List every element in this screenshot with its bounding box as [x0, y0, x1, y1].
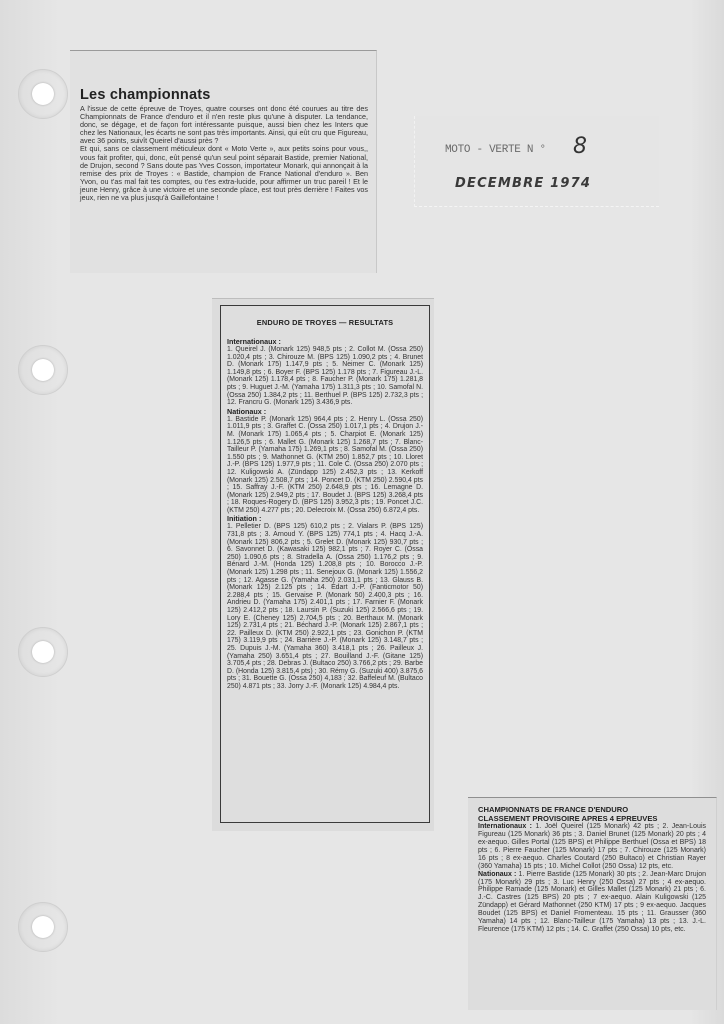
- punch-hole: [18, 345, 68, 395]
- results-clipping: ENDURO DE TROYES — RESULTATS Internation…: [212, 298, 434, 831]
- results-section-label: Initiation :: [227, 514, 429, 523]
- article-clipping: Les championnats A l'issue de cette épre…: [70, 50, 377, 273]
- standings-section-label: Internationaux :: [478, 823, 532, 830]
- punch-hole: [18, 627, 68, 677]
- results-section-text: 1. Pelletier D. (BPS 125) 610,2 pts ; 2.…: [227, 523, 423, 690]
- magazine-label: MOTO - VERTE N °: [445, 144, 546, 156]
- results-section-label: Internationaux :: [227, 337, 429, 346]
- standings-section-text: 1. Joël Queirel (125 Monark) 42 pts ; 2.…: [478, 823, 706, 870]
- issue-number: 8: [573, 134, 587, 159]
- punch-hole: [18, 902, 68, 952]
- results-section-label: Nationaux :: [227, 407, 429, 416]
- issue-stamp: MOTO - VERTE N ° 8 DECEMBRE 1974: [414, 116, 659, 207]
- standings-clipping: CHAMPIONNATS DE FRANCE D'ENDURO CLASSEME…: [468, 797, 717, 1010]
- article-paragraph: Et qui, sans ce classement méticuleux do…: [80, 145, 368, 202]
- standings-section-text: 1. Pierre Bastide (125 Monark) 30 pts ; …: [478, 871, 706, 933]
- standings-section: Internationaux : 1. Joël Queirel (125 Mo…: [478, 823, 706, 870]
- standings-title-line: CLASSEMENT PROVISOIRE APRES 4 EPREUVES: [478, 815, 706, 824]
- article-title: Les championnats: [80, 87, 376, 103]
- results-title: ENDURO DE TROYES — RESULTATS: [221, 318, 429, 327]
- issue-date: DECEMBRE 1974: [455, 176, 591, 191]
- results-box: ENDURO DE TROYES — RESULTATS Internation…: [220, 305, 430, 823]
- standings-section-label: Nationaux :: [478, 871, 516, 878]
- results-section-text: 1. Bastide P. (Monark 125) 964,4 pts ; 2…: [227, 416, 423, 515]
- article-paragraph: A l'issue de cette épreuve de Troyes, qu…: [80, 105, 368, 145]
- standings-section: Nationaux : 1. Pierre Bastide (125 Monar…: [478, 871, 706, 934]
- standings-title: CHAMPIONNATS DE FRANCE D'ENDURO CLASSEME…: [478, 806, 706, 823]
- results-section-text: 1. Queirel J. (Monark 125) 948,5 pts ; 2…: [227, 346, 423, 407]
- punch-hole: [18, 69, 68, 119]
